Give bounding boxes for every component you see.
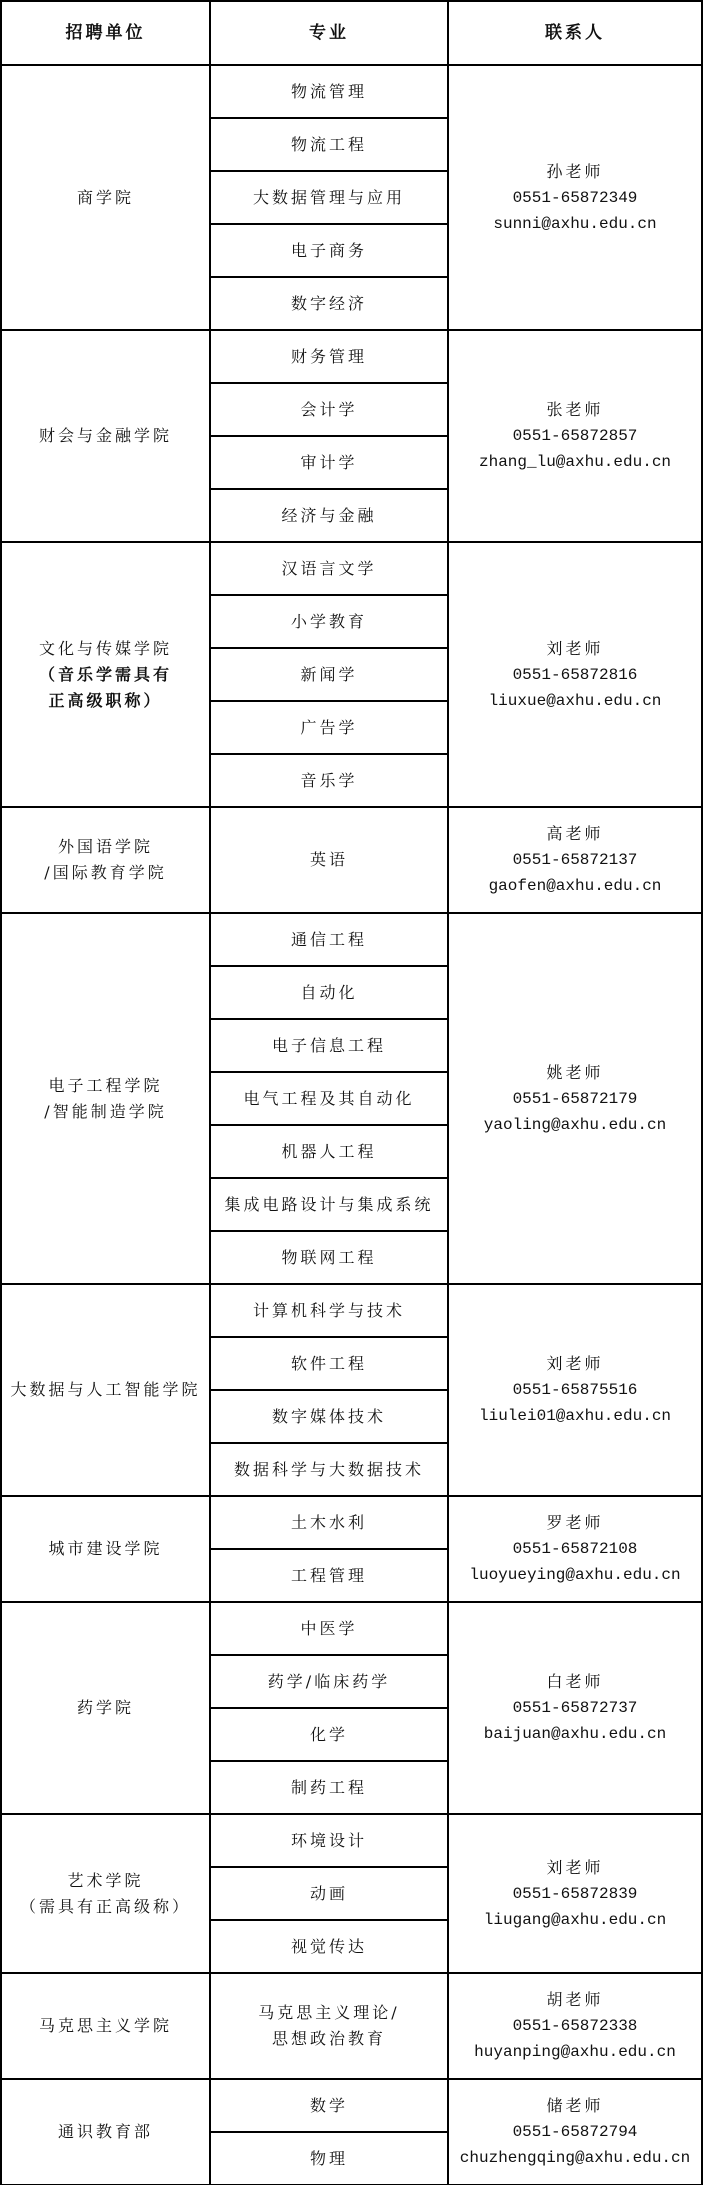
unit-cell: 文化与传媒学院（音乐学需具有正高级职称） [1,542,210,807]
unit-cell: 财会与金融学院 [1,330,210,542]
contact-email[interactable]: liugang@axhu.edu.cn [449,1907,701,1933]
contact-phone: 0551-65872794 [449,2119,701,2145]
major-cell: 通信工程 [210,913,448,966]
major-cell: 环境设计 [210,1814,448,1867]
unit-cell: 商学院 [1,65,210,330]
unit-name: 药学院 [2,1695,209,1721]
major-name: 马克思主义理论/ [211,2000,447,2026]
recruitment-contact-table: 招聘单位 专业 联系人 商学院物流管理孙老师0551-65872349sunni… [0,0,703,2185]
major-cell: 会计学 [210,383,448,436]
major-cell: 小学教育 [210,595,448,648]
major-cell: 数字媒体技术 [210,1390,448,1443]
table-row: 财会与金融学院财务管理张老师0551-65872857zhang_lu@axhu… [1,330,702,383]
table-row: 商学院物流管理孙老师0551-65872349sunni@axhu.edu.cn [1,65,702,118]
contact-cell: 胡老师0551-65872338huyanping@axhu.edu.cn [448,1973,702,2079]
major-cell: 土木水利 [210,1496,448,1549]
major-cell: 广告学 [210,701,448,754]
unit-name: 电子工程学院 [2,1073,209,1099]
contact-cell: 刘老师0551-65875516liulei01@axhu.edu.cn [448,1284,702,1496]
unit-name: 大数据与人工智能学院 [2,1377,209,1403]
unit-name: 通识教育部 [2,2119,209,2145]
header-unit: 招聘单位 [1,1,210,65]
contact-email[interactable]: huyanping@axhu.edu.cn [449,2039,701,2065]
contact-cell: 储老师0551-65872794chuzhengqing@axhu.edu.cn [448,2079,702,2185]
contact-email[interactable]: baijuan@axhu.edu.cn [449,1721,701,1747]
contact-name: 胡老师 [449,1987,701,2013]
table-row: 通识教育部数学储老师0551-65872794chuzhengqing@axhu… [1,2079,702,2132]
unit-name: 马克思主义学院 [2,2013,209,2039]
major-cell: 汉语言文学 [210,542,448,595]
table-row: 马克思主义学院马克思主义理论/思想政治教育胡老师0551-65872338huy… [1,1973,702,2079]
header-contact: 联系人 [448,1,702,65]
major-cell: 中医学 [210,1602,448,1655]
major-cell: 马克思主义理论/思想政治教育 [210,1973,448,2079]
contact-email[interactable]: liulei01@axhu.edu.cn [449,1403,701,1429]
contact-name: 姚老师 [449,1060,701,1086]
contact-phone: 0551-65872737 [449,1695,701,1721]
table-row: 文化与传媒学院（音乐学需具有正高级职称）汉语言文学刘老师0551-6587281… [1,542,702,595]
table-row: 电子工程学院/智能制造学院通信工程姚老师0551-65872179yaoling… [1,913,702,966]
major-cell: 机器人工程 [210,1125,448,1178]
major-cell: 电子信息工程 [210,1019,448,1072]
major-name: 思想政治教育 [211,2026,447,2052]
major-cell: 集成电路设计与集成系统 [210,1178,448,1231]
unit-name: 城市建设学院 [2,1536,209,1562]
contact-phone: 0551-65872338 [449,2013,701,2039]
contact-phone: 0551-65872137 [449,847,701,873]
major-cell: 物流工程 [210,118,448,171]
contact-cell: 白老师0551-65872737baijuan@axhu.edu.cn [448,1602,702,1814]
contact-name: 白老师 [449,1669,701,1695]
major-cell: 数学 [210,2079,448,2132]
unit-note: 正高级职称） [2,688,209,714]
major-cell: 动画 [210,1867,448,1920]
contact-email[interactable]: chuzhengqing@axhu.edu.cn [449,2145,701,2171]
major-cell: 财务管理 [210,330,448,383]
contact-phone: 0551-65872816 [449,662,701,688]
unit-name: 商学院 [2,185,209,211]
major-cell: 制药工程 [210,1761,448,1814]
header-row: 招聘单位 专业 联系人 [1,1,702,65]
major-cell: 数字经济 [210,277,448,330]
major-cell: 大数据管理与应用 [210,171,448,224]
major-cell: 电子商务 [210,224,448,277]
contact-email[interactable]: sunni@axhu.edu.cn [449,211,701,237]
contact-phone: 0551-65872839 [449,1881,701,1907]
table-row: 药学院中医学白老师0551-65872737baijuan@axhu.edu.c… [1,1602,702,1655]
contact-cell: 罗老师0551-65872108luoyueying@axhu.edu.cn [448,1496,702,1602]
contact-email[interactable]: yaoling@axhu.edu.cn [449,1112,701,1138]
table-row: 外国语学院/国际教育学院英语高老师0551-65872137gaofen@axh… [1,807,702,913]
contact-email[interactable]: luoyueying@axhu.edu.cn [449,1562,701,1588]
unit-note: （音乐学需具有 [2,662,209,688]
contact-name: 高老师 [449,821,701,847]
contact-phone: 0551-65875516 [449,1377,701,1403]
major-cell: 计算机科学与技术 [210,1284,448,1337]
contact-name: 罗老师 [449,1510,701,1536]
major-cell: 物联网工程 [210,1231,448,1284]
major-cell: 数据科学与大数据技术 [210,1443,448,1496]
contact-cell: 姚老师0551-65872179yaoling@axhu.edu.cn [448,913,702,1284]
major-cell: 英语 [210,807,448,913]
unit-name: 文化与传媒学院 [2,636,209,662]
unit-cell: 艺术学院（需具有正高级称） [1,1814,210,1973]
contact-cell: 孙老师0551-65872349sunni@axhu.edu.cn [448,65,702,330]
unit-cell: 药学院 [1,1602,210,1814]
major-cell: 物流管理 [210,65,448,118]
contact-name: 刘老师 [449,1351,701,1377]
contact-email[interactable]: zhang_lu@axhu.edu.cn [449,449,701,475]
major-cell: 自动化 [210,966,448,1019]
table-row: 大数据与人工智能学院计算机科学与技术刘老师0551-65875516liulei… [1,1284,702,1337]
contact-name: 刘老师 [449,636,701,662]
unit-name: /国际教育学院 [2,860,209,886]
major-cell: 化学 [210,1708,448,1761]
unit-name: 财会与金融学院 [2,423,209,449]
contact-cell: 高老师0551-65872137gaofen@axhu.edu.cn [448,807,702,913]
contact-phone: 0551-65872857 [449,423,701,449]
contact-phone: 0551-65872349 [449,185,701,211]
major-cell: 新闻学 [210,648,448,701]
unit-name: 外国语学院 [2,834,209,860]
major-cell: 软件工程 [210,1337,448,1390]
major-cell: 物理 [210,2132,448,2185]
contact-cell: 刘老师0551-65872839liugang@axhu.edu.cn [448,1814,702,1973]
unit-name: （需具有正高级称） [2,1894,209,1920]
major-cell: 电气工程及其自动化 [210,1072,448,1125]
unit-cell: 电子工程学院/智能制造学院 [1,913,210,1284]
contact-name: 孙老师 [449,159,701,185]
contact-phone: 0551-65872179 [449,1086,701,1112]
unit-cell: 大数据与人工智能学院 [1,1284,210,1496]
contact-name: 刘老师 [449,1855,701,1881]
major-cell: 药学/临床药学 [210,1655,448,1708]
contact-phone: 0551-65872108 [449,1536,701,1562]
unit-name: 艺术学院 [2,1868,209,1894]
major-cell: 经济与金融 [210,489,448,542]
unit-cell: 马克思主义学院 [1,1973,210,2079]
major-cell: 视觉传达 [210,1920,448,1973]
contact-cell: 刘老师0551-65872816liuxue@axhu.edu.cn [448,542,702,807]
contact-email[interactable]: gaofen@axhu.edu.cn [449,873,701,899]
unit-cell: 城市建设学院 [1,1496,210,1602]
table-row: 城市建设学院土木水利罗老师0551-65872108luoyueying@axh… [1,1496,702,1549]
contact-cell: 张老师0551-65872857zhang_lu@axhu.edu.cn [448,330,702,542]
unit-name: /智能制造学院 [2,1099,209,1125]
unit-cell: 外国语学院/国际教育学院 [1,807,210,913]
header-major: 专业 [210,1,448,65]
contact-email[interactable]: liuxue@axhu.edu.cn [449,688,701,714]
contact-name: 张老师 [449,397,701,423]
major-cell: 审计学 [210,436,448,489]
major-cell: 音乐学 [210,754,448,807]
unit-cell: 通识教育部 [1,2079,210,2185]
major-cell: 工程管理 [210,1549,448,1602]
table-row: 艺术学院（需具有正高级称）环境设计刘老师0551-65872839liugang… [1,1814,702,1867]
contact-name: 储老师 [449,2093,701,2119]
